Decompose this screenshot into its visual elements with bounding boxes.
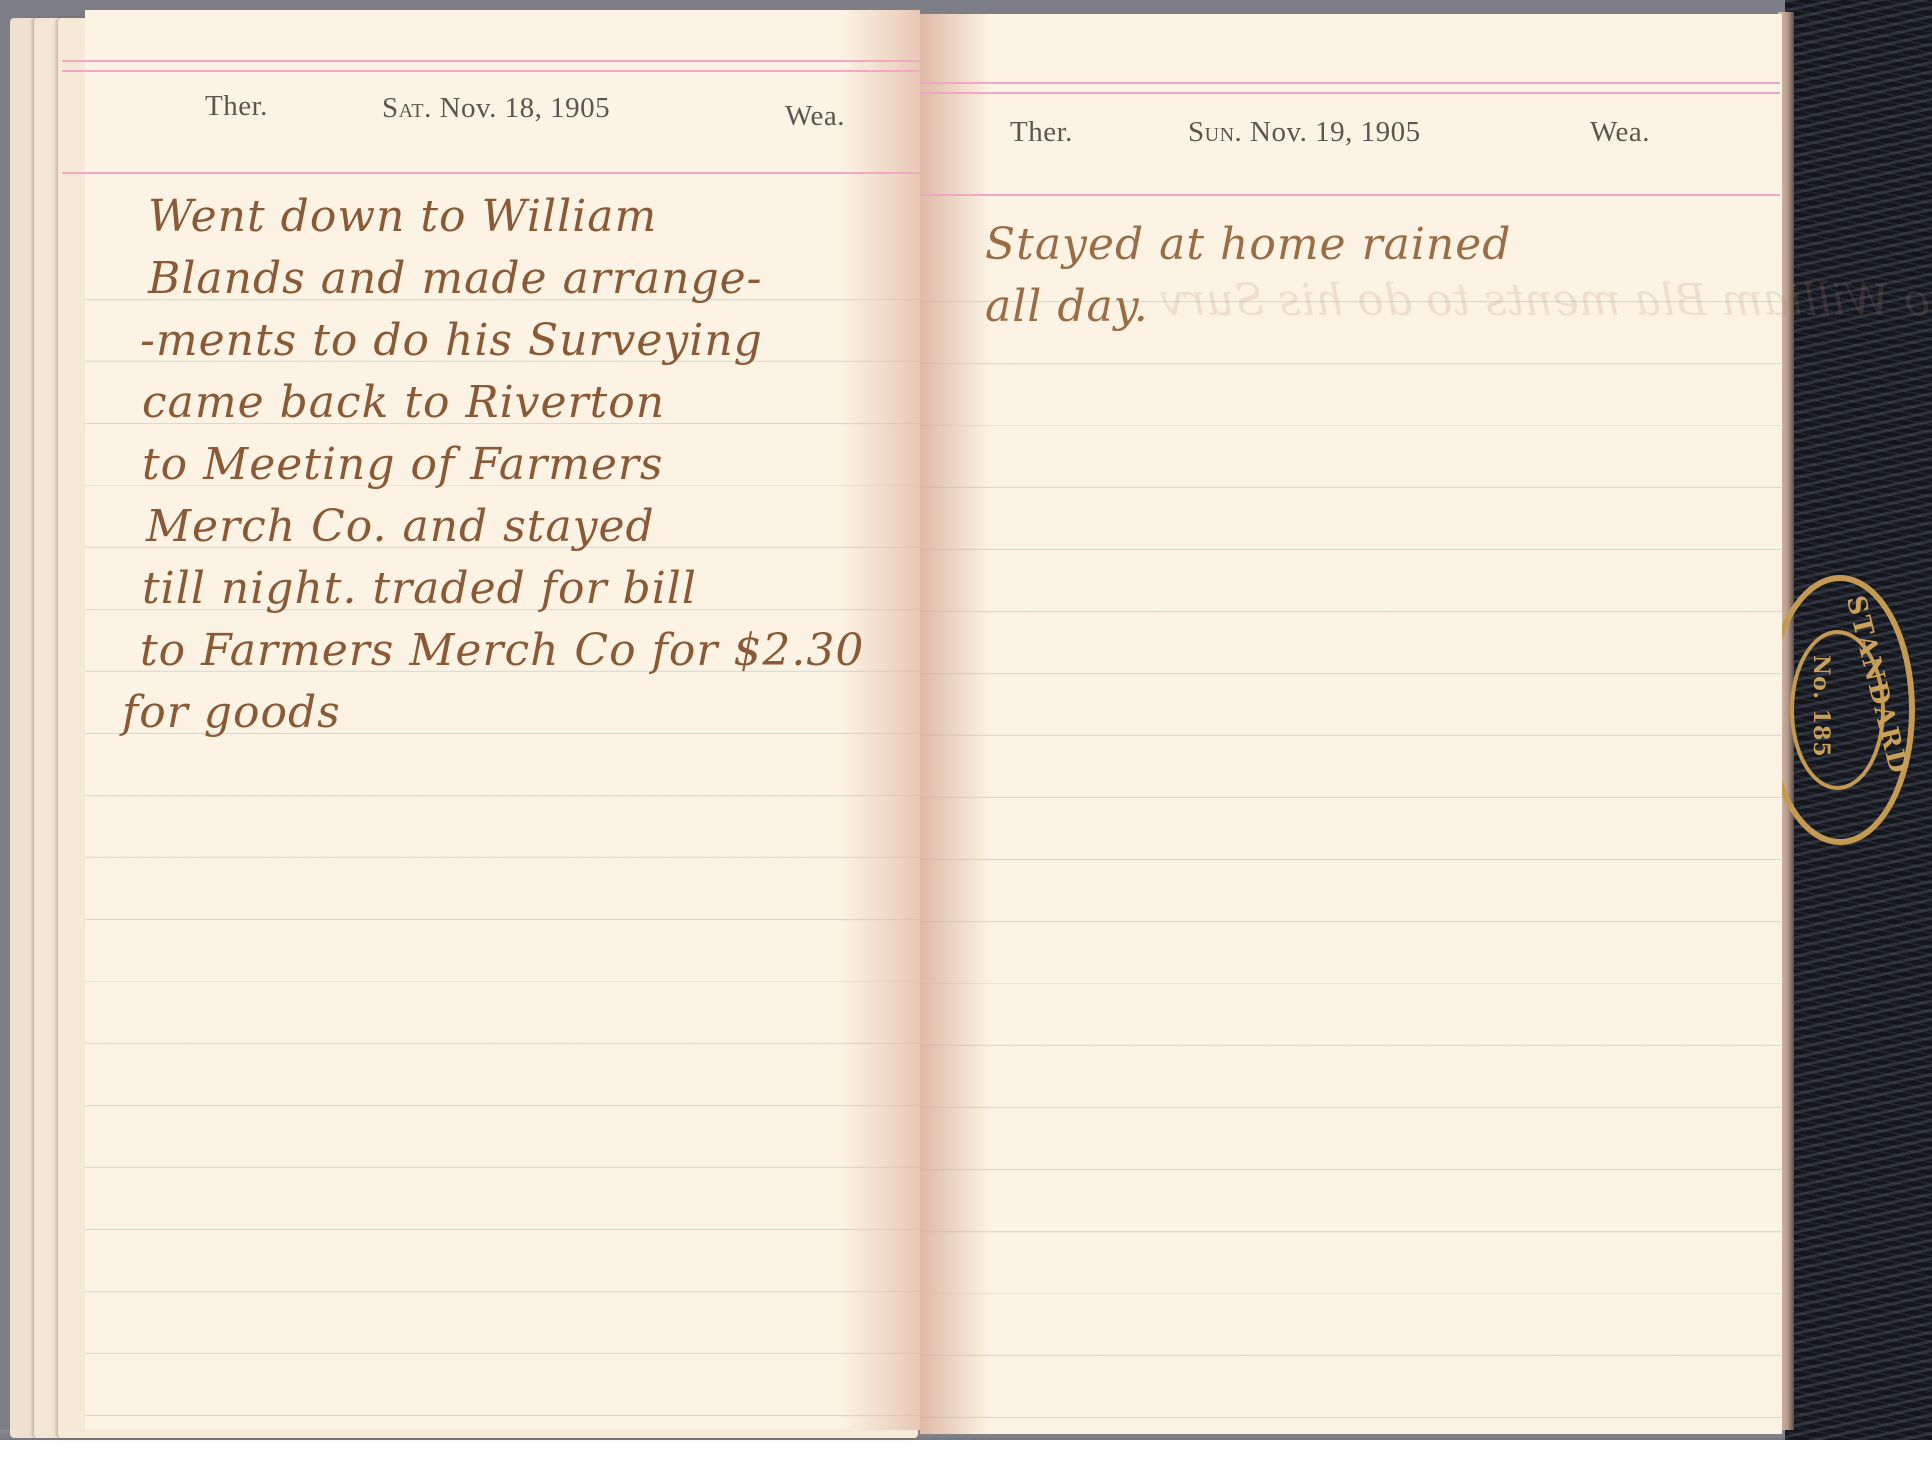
cover-stamp-number-label: No.	[1808, 655, 1834, 700]
entry-line: Blands and made arrange-	[140, 248, 864, 310]
entry-line: Merch Co. and stayed	[140, 496, 864, 558]
header-rule-top-right-2	[920, 92, 1780, 94]
entry-line: came back to Riverton	[140, 372, 864, 434]
header-rule-bottom-right	[920, 194, 1780, 196]
right-entry-handwriting: Stayed at home rained all day.	[985, 214, 1511, 338]
entry-line: till night. traded for bill	[140, 558, 864, 620]
entry-line: all day.	[985, 276, 1511, 338]
entry-line: Stayed at home rained	[985, 214, 1511, 276]
left-ther-label: Ther.	[205, 90, 268, 123]
header-rule-top-left	[62, 60, 920, 62]
left-day: Sat.	[382, 92, 432, 124]
right-ther-label: Ther.	[1010, 116, 1073, 149]
right-day: Sun.	[1188, 116, 1242, 148]
entry-line: Went down to William	[140, 186, 864, 248]
right-date-heading: Sun. Nov. 19, 1905	[1188, 116, 1421, 149]
header-rule-top-right	[920, 82, 1780, 84]
left-entry-handwriting: Went down to William Blands and made arr…	[140, 186, 864, 744]
entry-line: to Meeting of Farmers	[140, 434, 864, 496]
right-wea-label: Wea.	[1590, 116, 1650, 149]
right-date: Nov. 19, 1905	[1250, 116, 1421, 148]
left-date-heading: Sat. Nov. 18, 1905	[382, 92, 610, 125]
cover-stamp-number: No. 185	[1808, 655, 1834, 758]
cover-stamp-number-value: 185	[1808, 709, 1834, 758]
background-margin	[0, 1440, 1932, 1482]
entry-line: for goods	[122, 682, 864, 744]
left-date: Nov. 18, 1905	[440, 92, 611, 124]
gutter-shadow-right	[920, 14, 990, 1434]
entry-line: to Farmers Merch Co for $2.30	[140, 620, 864, 682]
header-rule-bottom-left	[62, 172, 920, 174]
header-rule-top-left-2	[62, 70, 920, 72]
entry-line: -ments to do his Surveying	[140, 310, 864, 372]
left-wea-label: Wea.	[785, 100, 845, 133]
